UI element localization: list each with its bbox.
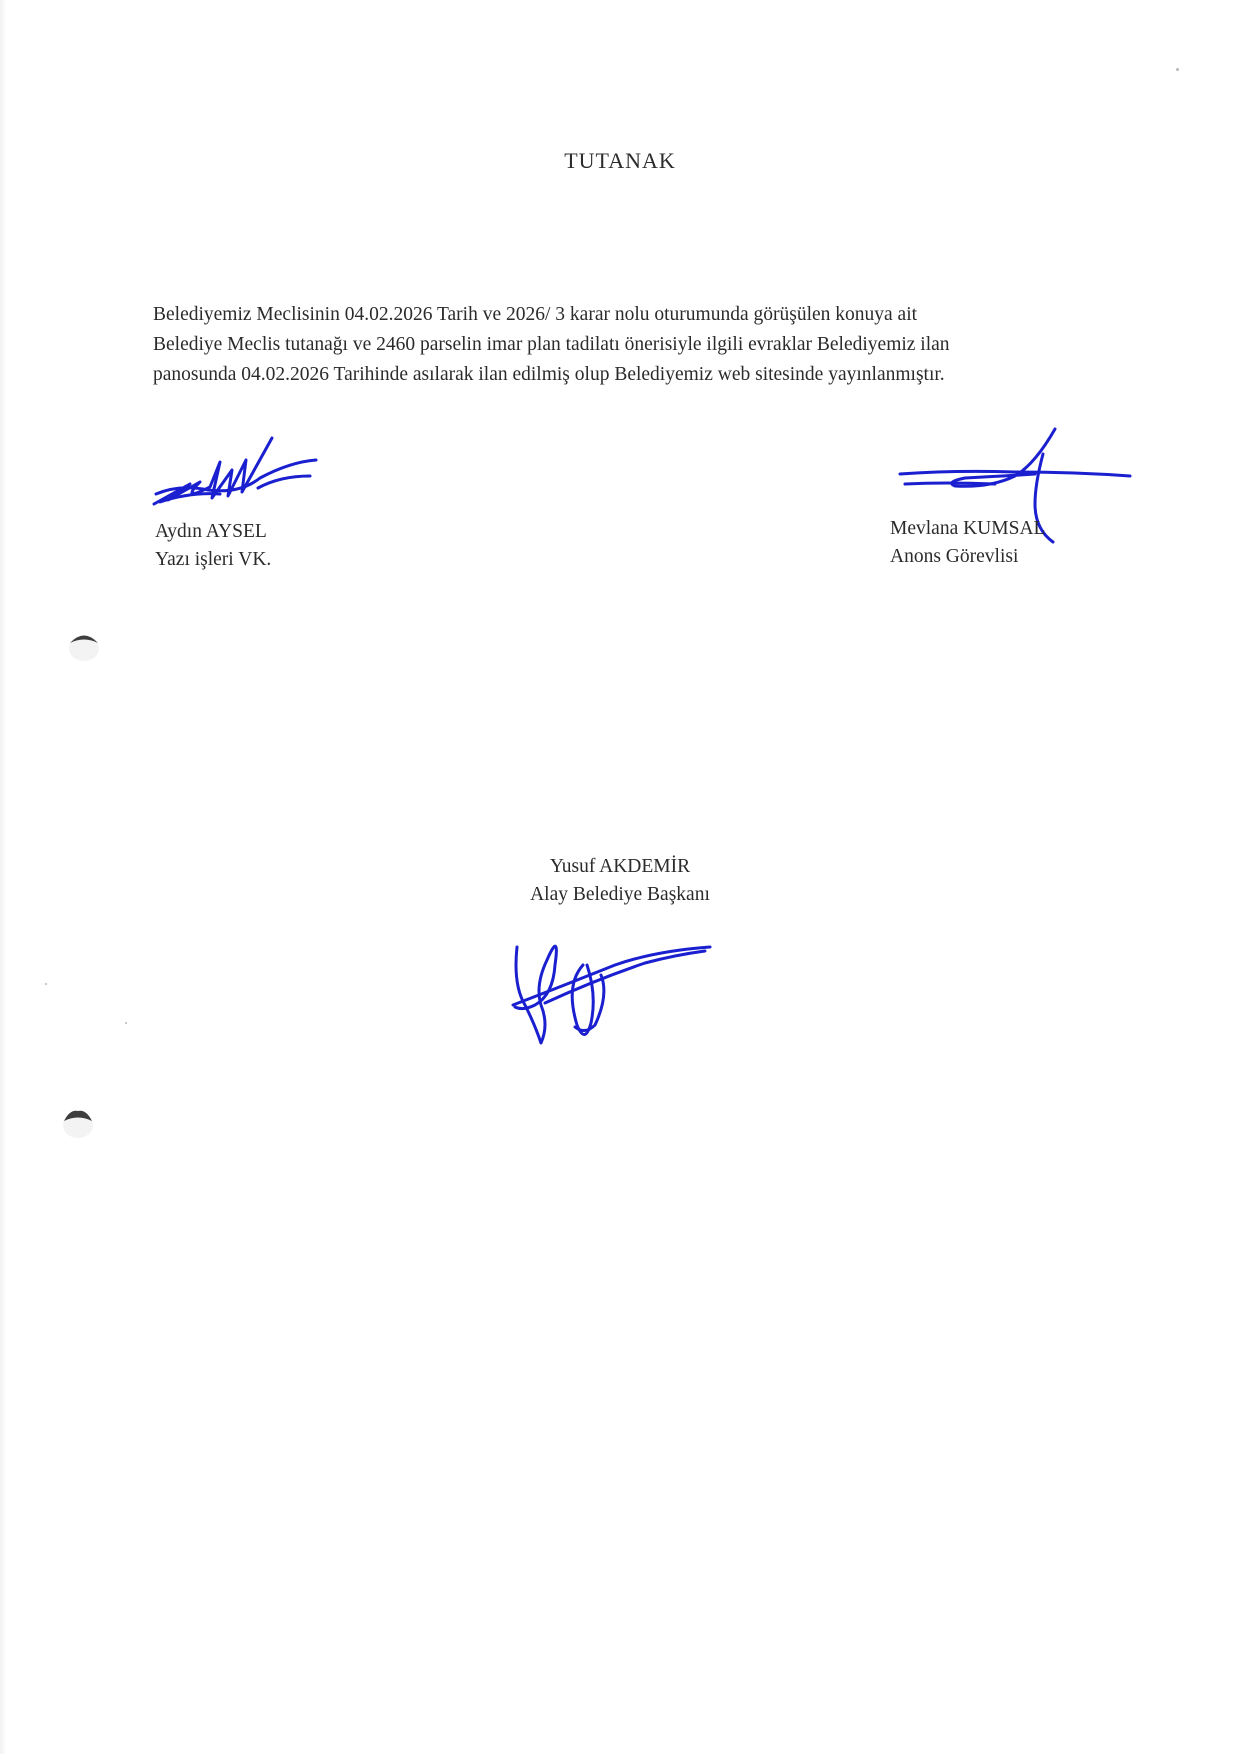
signatory-role: Anons Görevlisi [890,543,1045,571]
signatory-left: Aydın AYSEL Yazı işleri VK. [155,518,271,574]
body-line: Belediye Meclis tutanağı ve 2460 parseli… [153,330,1103,360]
signatory-name: Aydın AYSEL [155,518,271,546]
signature-center [505,925,715,1050]
body-line: Belediyemiz Meclisinin 04.02.2026 Tarih … [153,300,1103,330]
document-page: TUTANAK Belediyemiz Meclisinin 04.02.202… [0,0,1240,1754]
signatory-center: Yusuf AKDEMİR Alay Belediye Başkanı [0,853,1240,909]
signatory-name: Mevlana KUMSAL [890,515,1045,543]
signature-left [150,432,320,512]
body-line: panosunda 04.02.2026 Tarihinde asılarak … [153,360,1103,390]
punch-hole-icon [66,628,102,662]
scan-speck [125,1022,127,1024]
scan-speck [45,983,47,985]
signatory-right: Mevlana KUMSAL Anons Görevlisi [890,515,1045,571]
document-body: Belediyemiz Meclisinin 04.02.2026 Tarih … [153,300,1103,390]
signatory-role: Yazı işleri VK. [155,546,271,574]
punch-hole-icon [60,1105,96,1139]
scan-speck [1176,68,1179,71]
document-title: TUTANAK [0,148,1240,174]
signatory-role: Alay Belediye Başkanı [0,881,1240,909]
signatory-name: Yusuf AKDEMİR [0,853,1240,881]
